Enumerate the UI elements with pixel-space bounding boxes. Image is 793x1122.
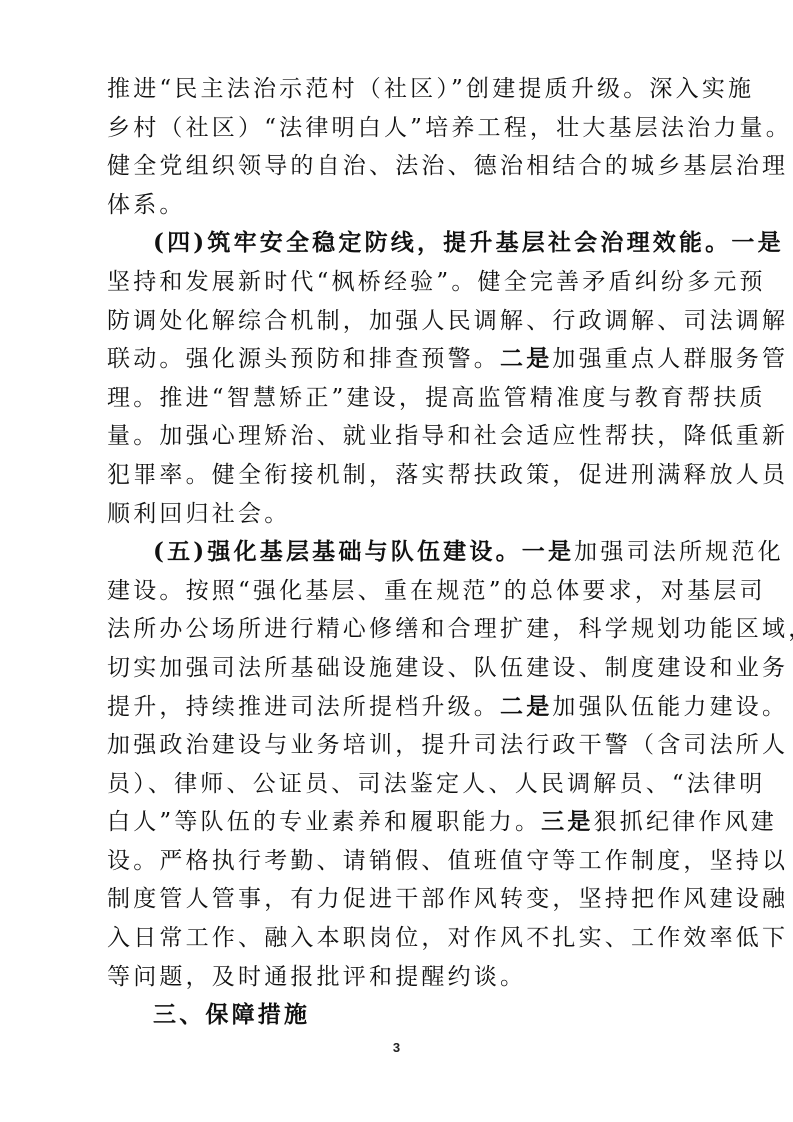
section-4-heading: (四)筑牢安全稳定防线，提升基层社会治理效能。: [153, 229, 731, 256]
text-span: 加强司法所规范化: [574, 539, 784, 565]
text-span: 白人”等队伍的专业素养和履职能力。: [107, 809, 541, 835]
text-line: 制度管人管事，有力促进干部作风转变，坚持把作风建设融: [107, 880, 685, 919]
text-line: 设。严格执行考勤、请销假、值班值守等工作制度，坚持以: [107, 842, 685, 881]
text-line: 顺利回归社会。: [107, 495, 685, 534]
text-line: 乡村（社区）“法律明白人”培养工程，壮大基层法治力量。: [107, 109, 685, 148]
text-line: 加强政治建设与业务培训，提升司法行政干警（含司法所人: [107, 726, 685, 765]
text-line: 员）、律师、公证员、司法鉴定人、人民调解员、“法律明: [107, 765, 685, 804]
text-span: 狠抓纪律作风建: [594, 809, 777, 835]
section-3-heading: 三、保障措施: [107, 996, 685, 1035]
text-span: 加强重点人群服务管: [552, 346, 788, 372]
text-line: 建设。按照“强化基层、重在规范”的总体要求，对基层司: [107, 572, 685, 611]
text-line: 法所办公场所进行精心修缮和合理扩建，科学规划功能区域，: [107, 610, 685, 649]
text-line: 白人”等队伍的专业素养和履职能力。三是狠抓纪律作风建: [107, 803, 685, 842]
document-body: 推进“民主法治示范村（社区）”创建提质升级。深入实施 乡村（社区）“法律明白人”…: [107, 70, 685, 1035]
text-line: 切实加强司法所基础设施建设、队伍建设、制度建设和业务: [107, 649, 685, 688]
point-marker: 一是: [731, 229, 783, 256]
point-marker: 二是: [500, 345, 552, 372]
text-line: 体系。: [107, 186, 685, 225]
text-line: 联动。强化源头预防和排查预警。二是加强重点人群服务管: [107, 340, 685, 379]
section-4-first-line: (四)筑牢安全稳定防线，提升基层社会治理效能。一是: [107, 224, 685, 263]
text-line: 提升，持续推进司法所提档升级。二是加强队伍能力建设。: [107, 688, 685, 727]
text-line: 入日常工作、融入本职岗位，对作风不扎实、工作效率低下: [107, 919, 685, 958]
text-line: 等问题，及时通报批评和提醒约谈。: [107, 958, 685, 997]
section-5-heading: (五)强化基层基础与队伍建设。: [153, 538, 522, 565]
text-span: 加强队伍能力建设。: [552, 694, 788, 720]
section-5-first-line: (五)强化基层基础与队伍建设。一是加强司法所规范化: [107, 533, 685, 572]
text-line: 理。推进“智慧矫正”建设，提高监管精准度与教育帮扶质: [107, 379, 685, 418]
point-marker: 二是: [500, 693, 552, 720]
text-line: 健全党组织领导的自治、法治、德治相结合的城乡基层治理: [107, 147, 685, 186]
text-span: 联动。强化源头预防和排查预警。: [107, 346, 500, 372]
text-line: 推进“民主法治示范村（社区）”创建提质升级。深入实施: [107, 70, 685, 109]
text-line: 量。加强心理矫治、就业指导和社会适应性帮扶，降低重新: [107, 417, 685, 456]
point-marker: 一是: [522, 538, 574, 565]
page-number: 3: [0, 1040, 793, 1055]
text-line: 防调处化解综合机制，加强人民调解、行政调解、司法调解: [107, 302, 685, 341]
point-marker: 三是: [541, 808, 593, 835]
text-span: 提升，持续推进司法所提档升级。: [107, 694, 500, 720]
document-page: 推进“民主法治示范村（社区）”创建提质升级。深入实施 乡村（社区）“法律明白人”…: [0, 0, 793, 1122]
text-line: 犯罪率。健全衔接机制，落实帮扶政策，促进刑满释放人员: [107, 456, 685, 495]
text-line: 坚持和发展新时代“枫桥经验”。健全完善矛盾纠纷多元预: [107, 263, 685, 302]
